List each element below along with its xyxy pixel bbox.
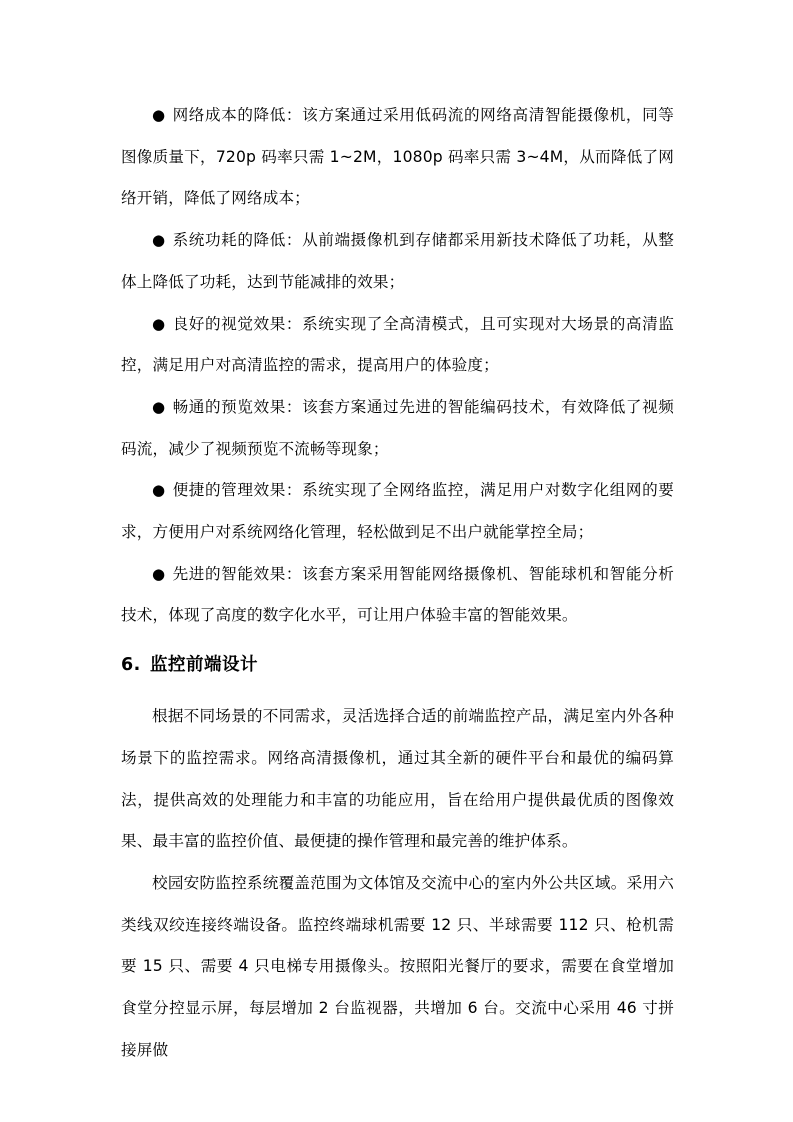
body-paragraph-front-end-products: 根据不同场景的不同需求，灵活选择合适的前端监控产品，满足室内外各种场景下的监控需… (121, 696, 674, 863)
bullet-icon: ● (152, 387, 167, 429)
document-page: ● 网络成本的降低：该方案通过采用低码流的网络高清智能摄像机，同等图像质量下，7… (121, 95, 674, 1071)
bullet-item-visual-effect: ● 良好的视觉效果：系统实现了全高清模式，且可实现对大场景的高清监控，满足用户对… (121, 304, 674, 387)
bullet-item-network-cost: ● 网络成本的降低：该方案通过采用低码流的网络高清智能摄像机，同等图像质量下，7… (121, 95, 674, 220)
bullet-title: 先进的智能效果： (173, 565, 303, 583)
bullet-icon: ● (152, 470, 167, 512)
bullet-icon: ● (152, 304, 167, 346)
bullet-item-smart-effect: ● 先进的智能效果：该套方案采用智能网络摄像机、智能球机和智能分析技术，体现了高… (121, 554, 674, 637)
bullet-title: 便捷的管理效果： (173, 481, 303, 499)
section-title: 监控前端设计 (150, 655, 258, 675)
bullet-title: 良好的视觉效果： (173, 315, 303, 333)
bullet-item-power-consumption: ● 系统功耗的降低：从前端摄像机到存储都采用新技术降低了功耗，从整体上降低了功耗… (121, 220, 674, 303)
bullet-item-management-effect: ● 便捷的管理效果：系统实现了全网络监控，满足用户对数字化组网的要求，方便用户对… (121, 470, 674, 553)
bullet-icon: ● (152, 554, 167, 596)
bullet-icon: ● (152, 220, 167, 262)
bullet-title: 系统功耗的降低： (173, 231, 303, 249)
bullet-icon: ● (152, 95, 167, 137)
body-paragraph-campus-coverage: 校园安防监控系统覆盖范围为文体馆及交流中心的室内外公共区域。采用六类线双绞连接终… (121, 863, 674, 1072)
bullet-title: 网络成本的降低： (173, 106, 303, 124)
section-heading: 6.监控前端设计 (121, 654, 674, 676)
bullet-title: 畅通的预览效果： (173, 398, 303, 416)
section-number: 6. (121, 654, 150, 676)
bullet-item-preview-effect: ● 畅通的预览效果：该套方案通过先进的智能编码技术，有效降低了视频码流，减少了视… (121, 387, 674, 470)
